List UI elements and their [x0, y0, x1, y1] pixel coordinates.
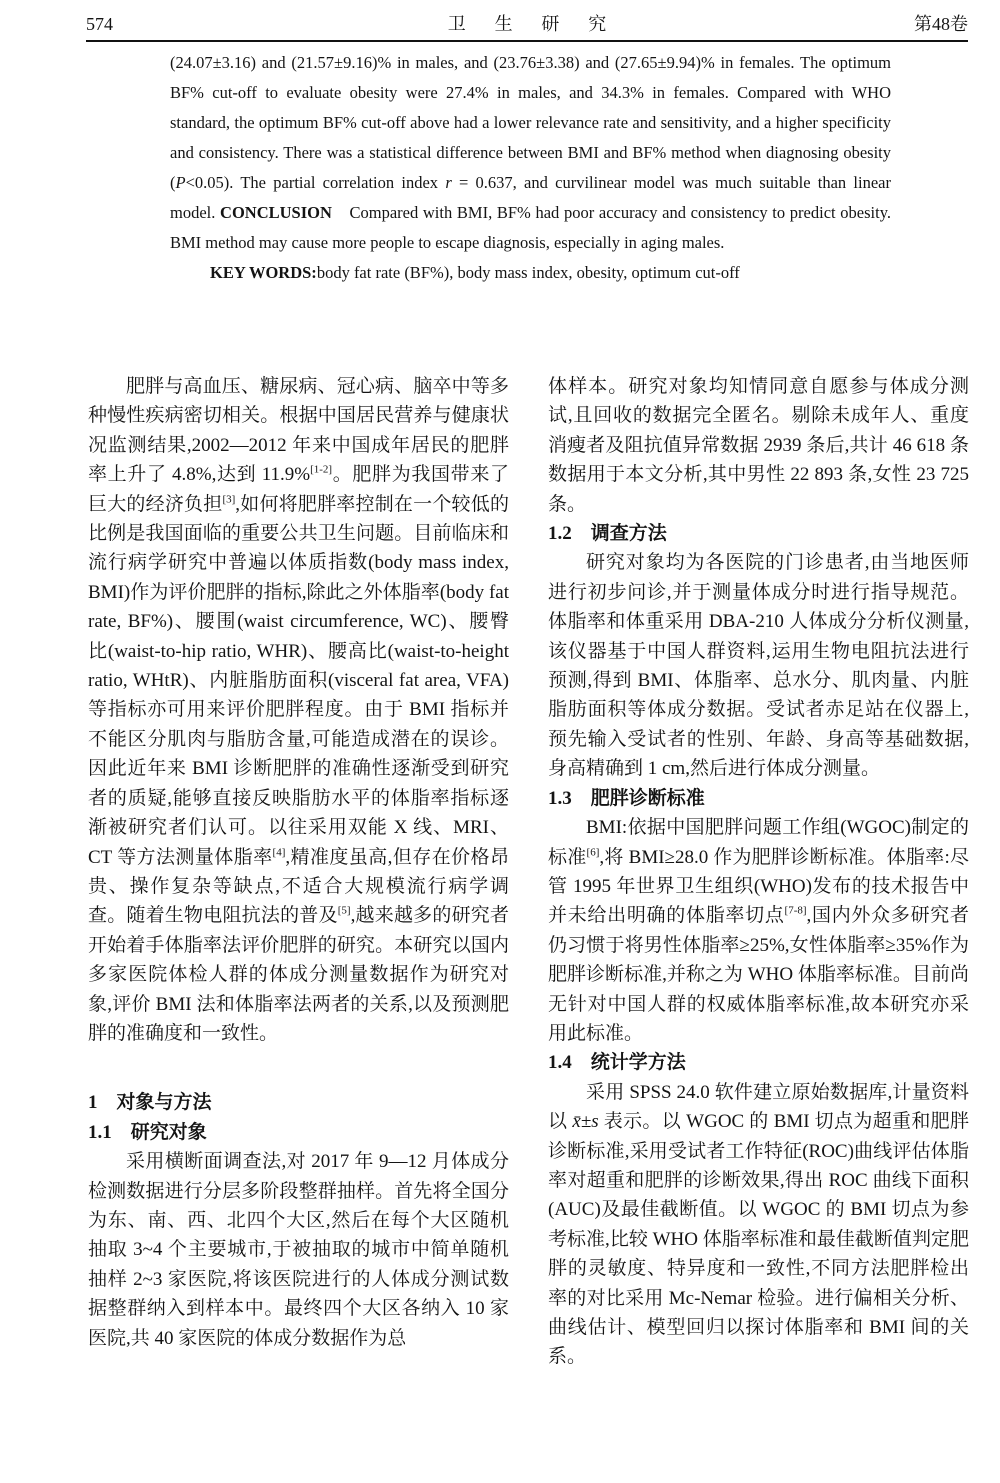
abstract-section: (24.07±3.16) and (21.57±9.16)% in males,…: [170, 48, 891, 288]
diagnosis-standard-paragraph: BMI:依据中国肥胖问题工作组(WGOC)制定的标准[6],将 BMI≥28.0…: [548, 813, 969, 1048]
section-1-4-heading: 1.4 统计学方法: [548, 1048, 969, 1077]
volume-label: 第48卷: [848, 12, 968, 36]
statistics-method-paragraph: 采用 SPSS 24.0 软件建立原始数据库,计量资料以 x̄±s 表示。以 W…: [548, 1078, 969, 1372]
section-1-heading: 1 对象与方法: [88, 1088, 509, 1117]
page-number: 574: [86, 12, 206, 36]
abstract-paragraph: (24.07±3.16) and (21.57±9.16)% in males,…: [170, 48, 891, 258]
section-1-2-heading: 1.2 调查方法: [548, 519, 969, 548]
keywords-paragraph: KEY WORDS:body fat rate (BF%), body mass…: [170, 258, 891, 288]
right-column: 体样本。研究对象均知情同意自愿参与体成分测试,且回收的数据完全匿名。剔除未成年人…: [548, 372, 969, 1372]
left-column: 肥胖与高血压、糖尿病、冠心病、脑卒中等多种慢性疾病密切相关。根据中国居民营养与健…: [88, 372, 509, 1353]
survey-method-paragraph: 研究对象均为各医院的门诊患者,由当地医师进行初步问诊,并于测量体成分时进行指导规…: [548, 548, 969, 783]
continuation-paragraph: 体样本。研究对象均知情同意自愿参与体成分测试,且回收的数据完全匿名。剔除未成年人…: [548, 372, 969, 519]
page-header: 574 卫生研究 第48卷: [86, 12, 968, 42]
study-subjects-paragraph: 采用横断面调查法,对 2017 年 9—12 月体成分检测数据进行分层多阶段整群…: [88, 1147, 509, 1353]
journal-title: 卫生研究: [206, 12, 877, 36]
section-1-1-heading: 1.1 研究对象: [88, 1118, 509, 1147]
intro-paragraph: 肥胖与高血压、糖尿病、冠心病、脑卒中等多种慢性疾病密切相关。根据中国居民营养与健…: [88, 372, 509, 1048]
section-1-3-heading: 1.3 肥胖诊断标准: [548, 784, 969, 813]
